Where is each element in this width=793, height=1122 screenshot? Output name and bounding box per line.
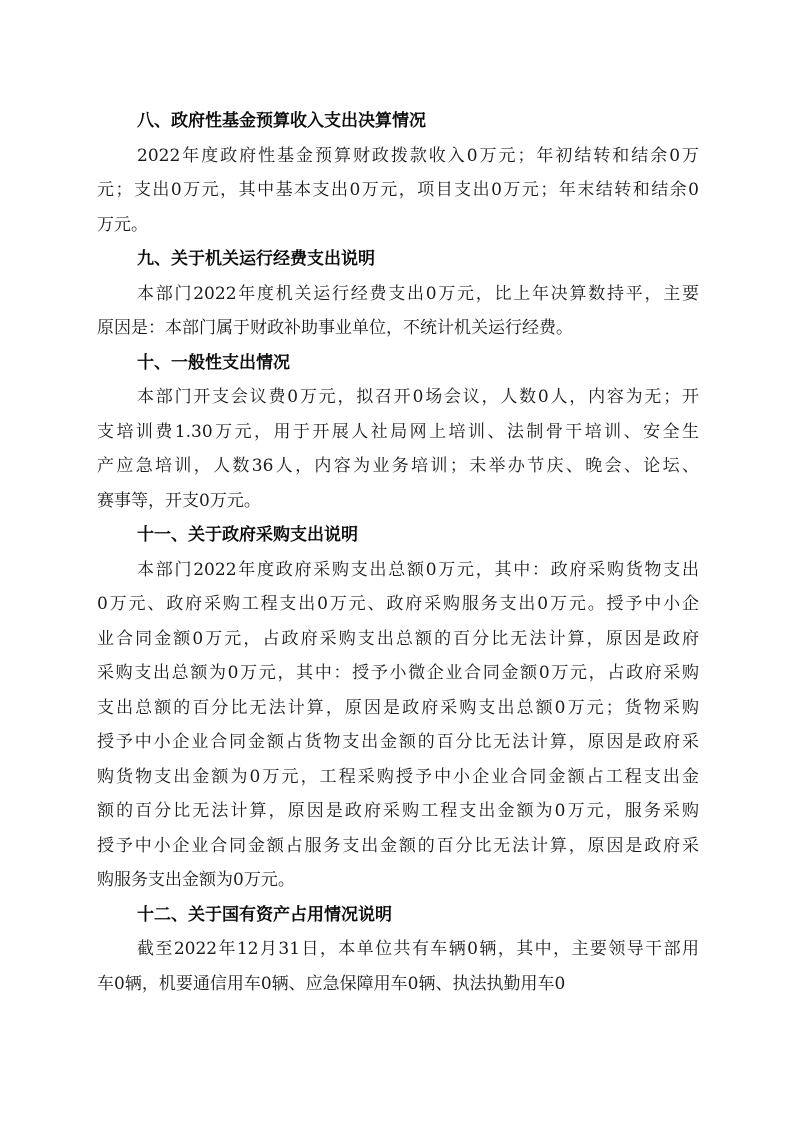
text-line: 原因是：本部门属于财政补助事业单位，不统计机关运行经费。 [97,311,699,346]
section-state-assets: 十二、关于国有资产占用情况说明 截至2022年12月31日，本单位共有车辆0辆，… [97,898,699,1002]
text-line: 授予中小企业合同金额占货物支出金额的百分比无法计算，原因是政府采 [97,725,699,760]
paragraph: 2022年度政府性基金预算财政拨款收入0万元；年初结转和结余0万 元；支出0万元… [97,139,699,243]
section-heading: 十、一般性支出情况 [97,346,699,381]
text-line: 万元。 [97,208,699,243]
text-line: 本部门2022年度政府采购支出总额0万元，其中：政府采购货物支出 [97,553,699,588]
section-heading: 九、关于机关运行经费支出说明 [97,242,699,277]
section-heading: 八、政府性基金预算收入支出决算情况 [97,104,699,139]
paragraph: 本部门2022年度政府采购支出总额0万元，其中：政府采购货物支出 0万元、政府采… [97,553,699,898]
text-line: 支培训费1.30万元，用于开展人社局网上培训、法制骨干培训、安全生 [97,415,699,450]
section-heading: 十二、关于国有资产占用情况说明 [97,898,699,933]
document-page: 八、政府性基金预算收入支出决算情况 2022年度政府性基金预算财政拨款收入0万元… [97,104,699,1001]
section-operating-expenses: 九、关于机关运行经费支出说明 本部门2022年度机关运行经费支出0万元，比上年决… [97,242,699,346]
text-line: 产应急培训，人数36人，内容为业务培训；未举办节庆、晚会、论坛、 [97,449,699,484]
text-line: 0万元、政府采购工程支出0万元、政府采购服务支出0万元。授予中小企 [97,587,699,622]
text-line: 截至2022年12月31日，本单位共有车辆0辆，其中，主要领导干部用 [97,932,699,967]
section-government-fund-budget: 八、政府性基金预算收入支出决算情况 2022年度政府性基金预算财政拨款收入0万元… [97,104,699,242]
text-line: 赛事等，开支0万元。 [97,484,699,519]
paragraph: 截至2022年12月31日，本单位共有车辆0辆，其中，主要领导干部用 车0辆，机… [97,932,699,1001]
text-line: 购服务支出金额为0万元。 [97,863,699,898]
section-heading: 十一、关于政府采购支出说明 [97,518,699,553]
section-government-procurement: 十一、关于政府采购支出说明 本部门2022年度政府采购支出总额0万元，其中：政府… [97,518,699,898]
text-line: 元；支出0万元，其中基本支出0万元，项目支出0万元；年末结转和结余0 [97,173,699,208]
text-line: 业合同金额0万元，占政府采购支出总额的百分比无法计算，原因是政府 [97,622,699,657]
text-line: 额的百分比无法计算，原因是政府采购工程支出金额为0万元，服务采购 [97,794,699,829]
text-line: 支出总额的百分比无法计算，原因是政府采购支出总额0万元；货物采购 [97,691,699,726]
paragraph: 本部门2022年度机关运行经费支出0万元，比上年决算数持平，主要 原因是：本部门… [97,277,699,346]
text-line: 车0辆，机要通信用车0辆、应急保障用车0辆、执法执勤用车0 [97,967,699,1002]
text-line: 采购支出总额为0万元，其中：授予小微企业合同金额0万元，占政府采购 [97,656,699,691]
text-line: 2022年度政府性基金预算财政拨款收入0万元；年初结转和结余0万 [97,139,699,174]
text-line: 本部门2022年度机关运行经费支出0万元，比上年决算数持平，主要 [97,277,699,312]
section-general-expenditure: 十、一般性支出情况 本部门开支会议费0万元，拟召开0场会议，人数0人，内容为无；… [97,346,699,519]
text-line: 授予中小企业合同金额占服务支出金额的百分比无法计算，原因是政府采 [97,829,699,864]
text-line: 本部门开支会议费0万元，拟召开0场会议，人数0人，内容为无；开 [97,380,699,415]
paragraph: 本部门开支会议费0万元，拟召开0场会议，人数0人，内容为无；开 支培训费1.30… [97,380,699,518]
text-line: 购货物支出金额为0万元，工程采购授予中小企业合同金额占工程支出金 [97,760,699,795]
